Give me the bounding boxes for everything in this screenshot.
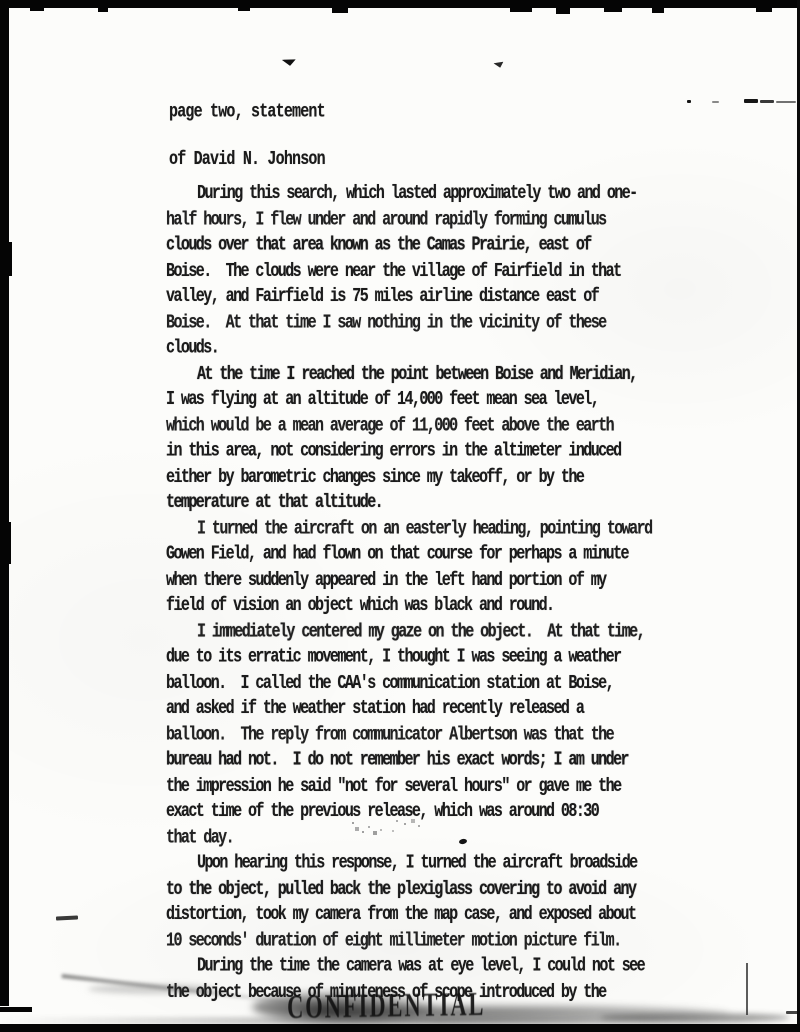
scan-border-bump — [30, 8, 44, 11]
text-line: I was flying at an altitude of 14,000 fe… — [166, 387, 726, 413]
text-line: Upon hearing this response, I turned the… — [166, 850, 726, 876]
scan-border-bump — [756, 8, 772, 12]
text-line: due to its erratic movement, I thought I… — [166, 644, 726, 670]
text-line: and asked if the weather station had rec… — [166, 696, 726, 722]
header-line-2: of David N. Johnson — [169, 152, 325, 168]
scan-border-nub — [9, 522, 11, 564]
text-line: valley, and Fairfield is 75 miles airlin… — [166, 284, 726, 310]
scan-border-bump — [652, 8, 664, 13]
text-line: the impression he said "not for several … — [166, 773, 726, 799]
text-line: During this search, which lasted approxi… — [166, 181, 726, 207]
scan-speck — [712, 101, 719, 103]
text-line: balloon. I called the CAA's communicatio… — [166, 670, 726, 696]
ink-arrow-mark — [282, 58, 297, 66]
scan-border-bump — [98, 8, 108, 12]
text-line: in this area, not considering errors in … — [166, 438, 726, 464]
scanned-document-page: page two, statement of David N. Johnson … — [0, 0, 800, 1032]
text-line: which would be a mean average of 11,000 … — [166, 413, 726, 439]
text-line: Boise. The clouds were near the village … — [166, 258, 726, 284]
text-line: when there suddenly appeared in the left… — [166, 567, 726, 593]
text-line: Gowen Field, and had flown on that cours… — [166, 541, 726, 567]
scan-border-bump — [556, 8, 570, 14]
scan-speck — [687, 100, 691, 103]
confidential-stamp: CONFIDENTIAL — [287, 988, 486, 1025]
scan-border-top — [0, 0, 800, 8]
text-line: I turned the aircraft on an easterly hea… — [166, 516, 726, 542]
text-line: distortion, took my camera from the map … — [166, 902, 726, 928]
scan-dash-mark — [744, 99, 758, 103]
text-line: exact time of the previous release, whic… — [166, 799, 726, 825]
text-line: balloon. The reply from communicator Alb… — [166, 722, 726, 748]
ink-arrow-mark — [493, 61, 504, 69]
text-line: field of vision an object which was blac… — [166, 593, 726, 619]
text-line: Boise. At that time I saw nothing in the… — [166, 310, 726, 336]
scan-border-left — [0, 0, 9, 1006]
text-line: to the object, pulled back the plexiglas… — [166, 876, 726, 902]
text-line: clouds. — [166, 335, 726, 361]
scan-border-bump — [510, 8, 532, 12]
document-body: During this search, which lasted approxi… — [166, 181, 726, 1005]
pencil-speckles — [352, 822, 354, 824]
scan-dash-mark — [56, 915, 78, 920]
text-line: either by barometric changes since my ta… — [166, 464, 726, 490]
scan-border-tick — [0, 1007, 32, 1012]
scan-border-nub — [9, 242, 12, 276]
text-line: During the time the camera was at eye le… — [166, 953, 726, 979]
text-line: half hours, I flew under and around rapi… — [166, 207, 726, 233]
scan-line-artifact — [746, 963, 748, 1015]
text-line: bureau had not. I do not remember his ex… — [166, 747, 726, 773]
header-line-1: page two, statement — [169, 105, 325, 121]
text-line: temperature at that altitude. — [166, 490, 726, 516]
scan-border-bump — [604, 8, 622, 12]
scan-dash-mark — [760, 100, 774, 103]
text-line: At the time I reached the point between … — [166, 361, 726, 387]
scan-dash-mark — [776, 101, 796, 103]
scan-border-bottom — [0, 1024, 800, 1032]
scan-border-bump — [238, 8, 250, 11]
scan-border-bump — [332, 8, 348, 13]
text-line: I immediately centered my gaze on the ob… — [166, 619, 726, 645]
text-line: 10 seconds' duration of eight millimeter… — [166, 927, 726, 953]
text-line: clouds over that area known as the Camas… — [166, 232, 726, 258]
text-line: that day. — [166, 825, 726, 851]
smudge-blob — [88, 984, 218, 994]
